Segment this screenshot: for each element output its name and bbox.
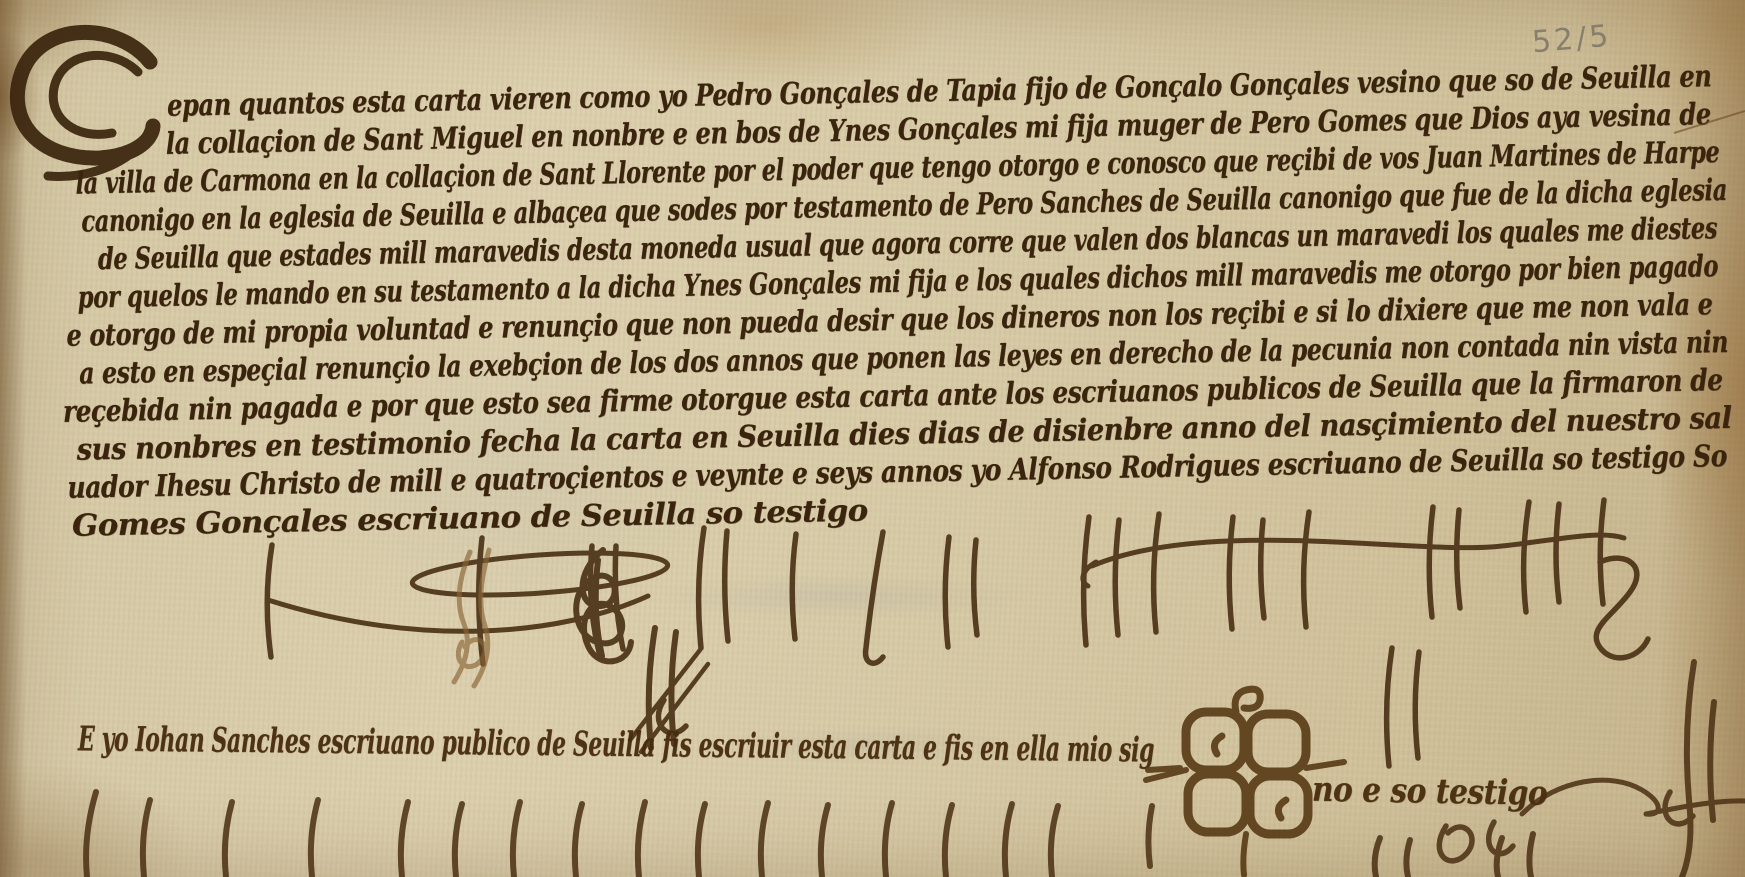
faded-rubric-flourish [454,550,489,686]
initial-letter [17,32,153,176]
manuscript-page: 52/5 epan quantos esta carta vieren como… [0,0,1745,877]
notary-subscription: E yo Iohan Sanches escriuano publico de … [78,719,1745,777]
notary-subscription-after-sign: no e so testigo [1312,770,1583,815]
archival-folio-mark: 52/5 [1531,19,1613,61]
